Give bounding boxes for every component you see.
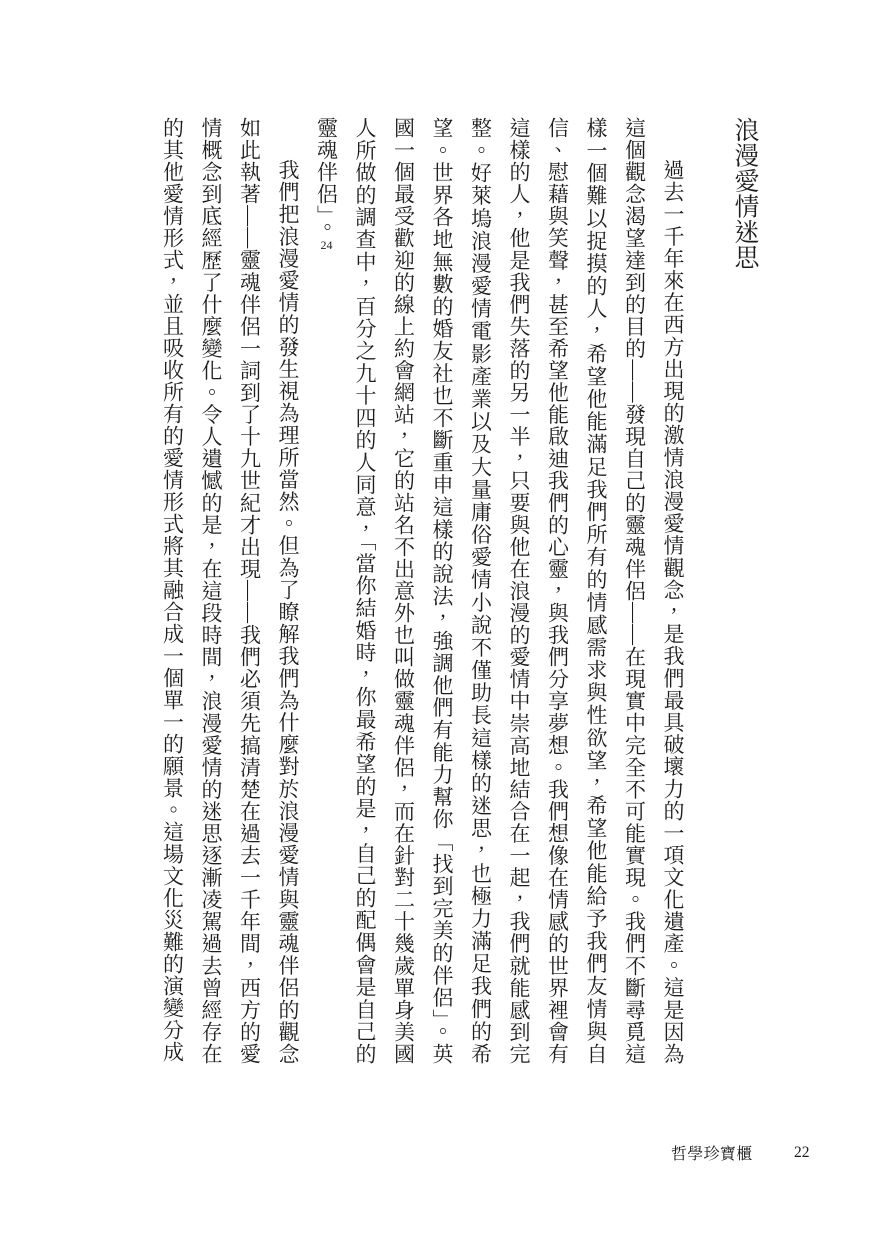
paragraph-1: 過去一千年來在西方出現的激情浪漫愛情觀念，是我們最具破壞力的一項文化遺產。這是因…: [307, 117, 692, 1065]
page-number: 22: [794, 1144, 810, 1162]
book-page: 浪漫愛情迷思 過去一千年來在西方出現的激情浪漫愛情觀念，是我們最具破壞力的一項文…: [0, 0, 875, 1241]
body-text: 過去一千年來在西方出現的激情浪漫愛情觀念，是我們最具破壞力的一項文化遺產。這是因…: [153, 117, 692, 1065]
footnote-marker-24: 24: [320, 239, 334, 251]
chapter-title: 浪漫愛情迷思: [731, 117, 759, 270]
paragraph-1-text: 過去一千年來在西方出現的激情浪漫愛情觀念，是我們最具破壞力的一項文化遺產。這是因…: [315, 117, 686, 1065]
paragraph-2: 我們把浪漫愛情的發生視為理所當然。但為了瞭解我們為什麼對於浪漫愛情與靈魂伴侶的觀…: [153, 117, 307, 1065]
paragraph-2-text: 我們把浪漫愛情的發生視為理所當然。但為了瞭解我們為什麼對於浪漫愛情與靈魂伴侶的觀…: [161, 117, 301, 1065]
running-footer-book-title: 哲學珍寶櫃: [671, 1141, 753, 1164]
